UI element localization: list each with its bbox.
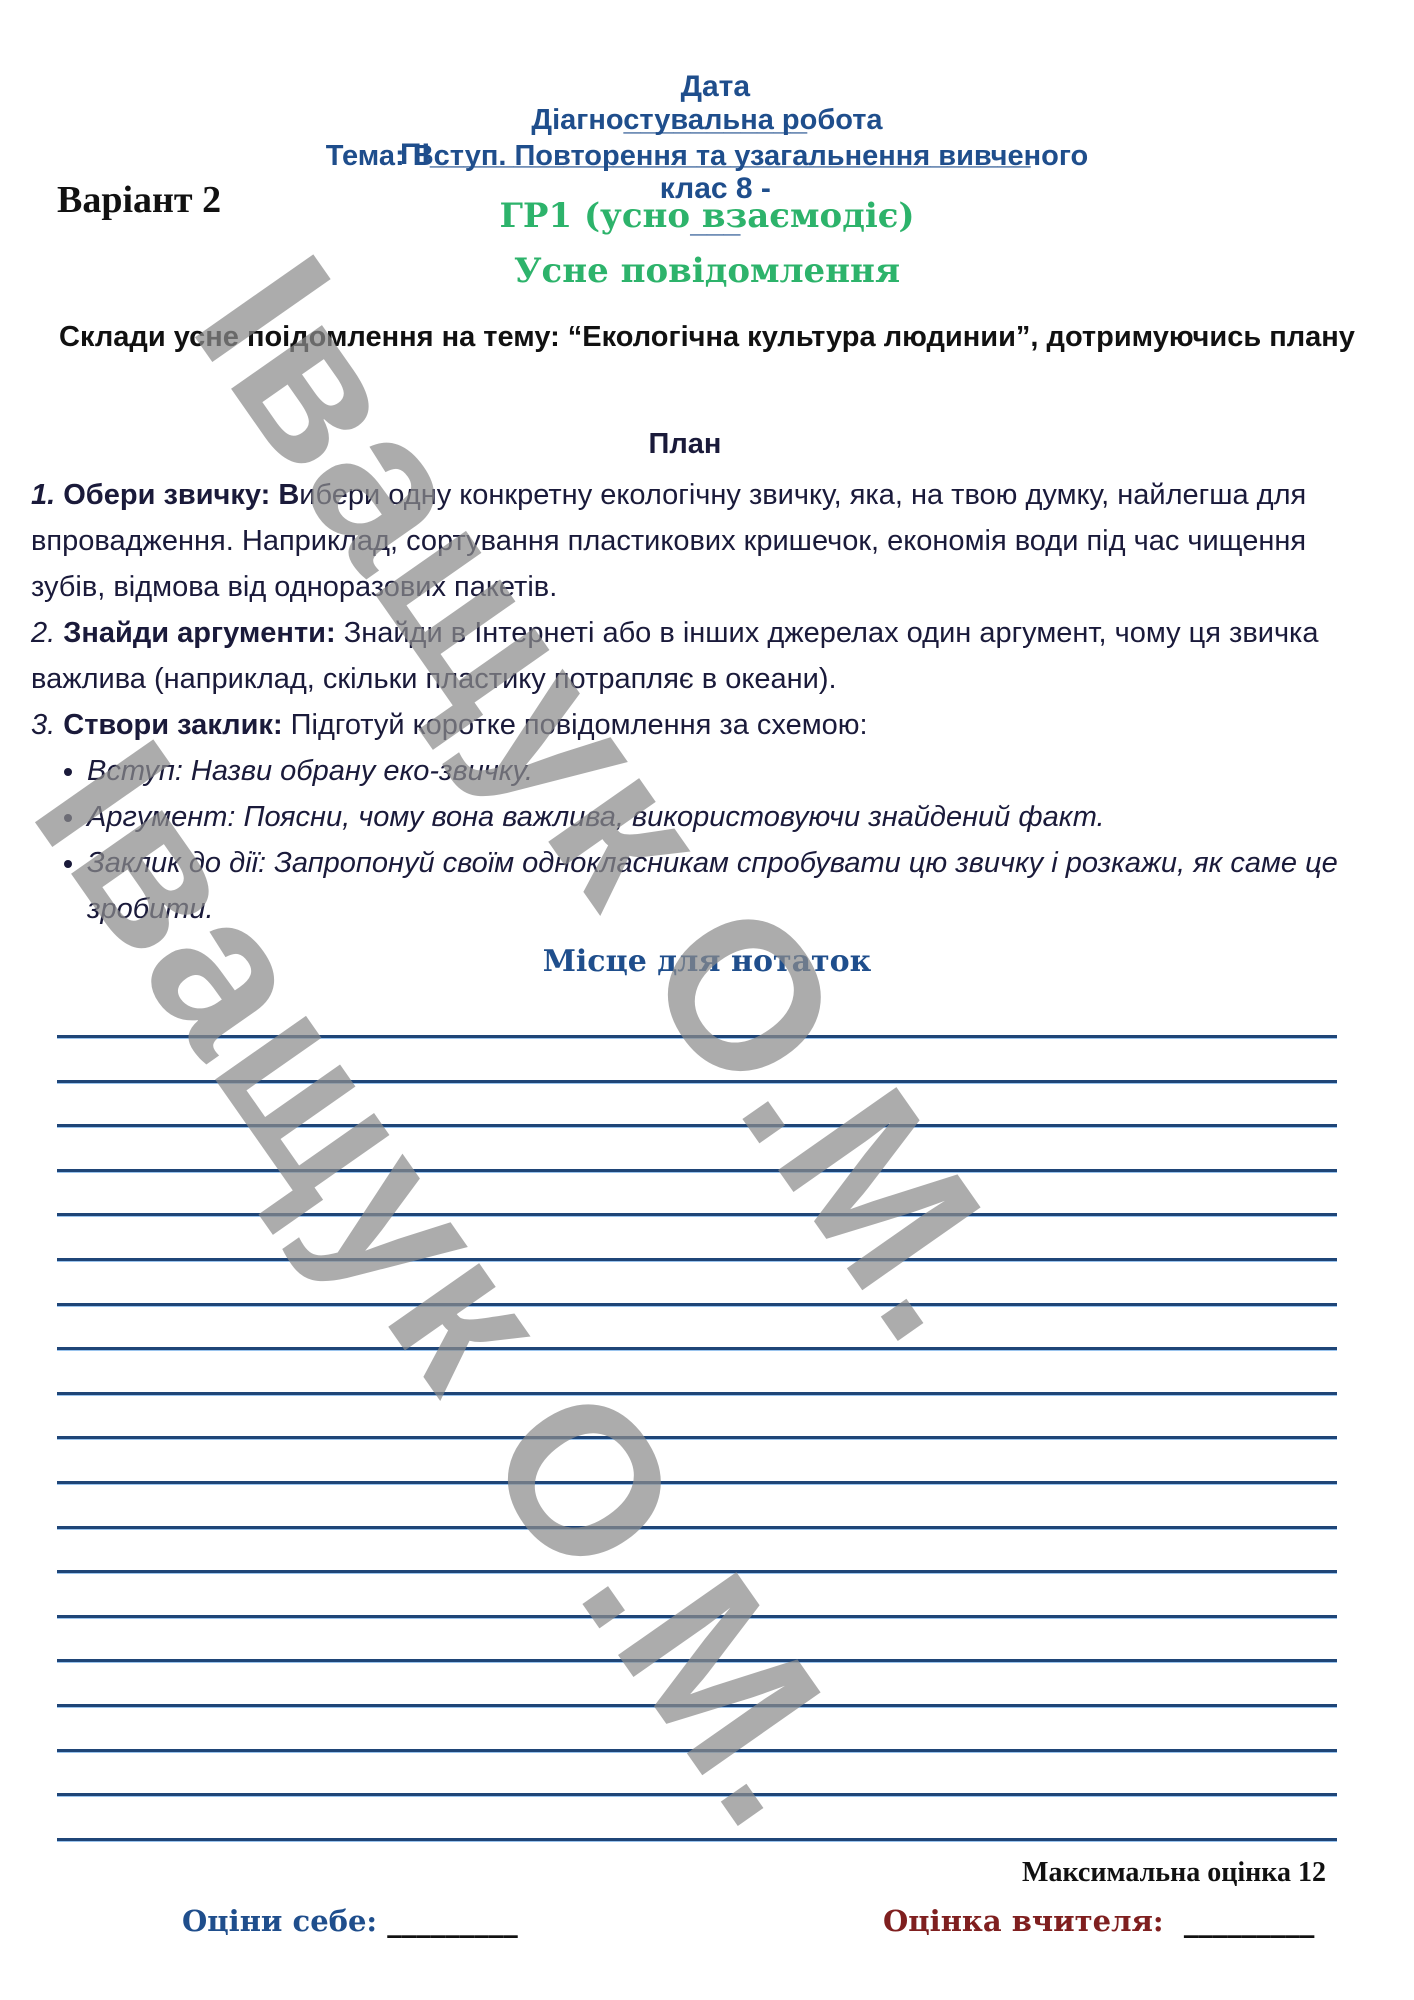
note-line[interactable] — [57, 1213, 1337, 1217]
teacher-assessment-label: Оцінка вчителя: — [883, 1904, 1164, 1938]
plan-item: 3. Створи заклик: Підготуй коротке повід… — [31, 702, 1371, 748]
note-line[interactable] — [57, 1347, 1337, 1351]
document-topic: Тема: Вступ. Повторення та узагальнення … — [0, 140, 1414, 173]
teacher-assessment-field[interactable]: _________ — [1184, 1904, 1315, 1938]
note-line[interactable] — [57, 1659, 1337, 1663]
max-score: Максимальна оцінка 12 — [1022, 1857, 1326, 1889]
note-line[interactable] — [57, 1258, 1337, 1262]
note-line[interactable] — [57, 1035, 1337, 1039]
bullet-item: Заклик до дії: Запропонуй своїм одноклас… — [87, 840, 1371, 932]
note-line[interactable] — [57, 1303, 1337, 1307]
plan-item-number: 3. — [31, 709, 55, 741]
note-line[interactable] — [57, 1704, 1337, 1708]
bullet-item: Вступ: Назви обрану еко-звичку. — [87, 748, 1371, 794]
plan-item: 1. Обери звичку: Вибери одну конкретну е… — [31, 472, 1371, 610]
note-line[interactable] — [57, 1169, 1337, 1173]
plan-item: 2. Знайди аргументи: Знайди в Інтернеті … — [31, 610, 1371, 702]
self-assessment-field[interactable]: _________ — [387, 1904, 518, 1938]
plan-item-number: 2. — [31, 617, 55, 649]
plan-item-label: Створи заклик: — [63, 709, 282, 741]
scheme-bullets: Вступ: Назви обрану еко-звичку. Аргумент… — [31, 748, 1371, 932]
document-title: Діагностувальна робота — [0, 104, 1414, 137]
plan-list: 1. Обери звичку: Вибери одну конкретну е… — [31, 472, 1371, 932]
plan-item-label: Обери звичку: — [63, 479, 270, 511]
task-instruction: Склади усне поідомлення на тему: “Еколог… — [20, 314, 1394, 360]
self-assessment: Оціни себе: _________ — [182, 1904, 518, 1938]
plan-item-number: 1. — [31, 479, 55, 511]
note-line[interactable] — [57, 1570, 1337, 1574]
bullet-item: Аргумент: Поясни, чому вона важлива, вик… — [87, 794, 1371, 840]
note-line[interactable] — [57, 1080, 1337, 1084]
note-line[interactable] — [57, 1481, 1337, 1485]
plan-item-text: Підготуй коротке повідомлення за схемою: — [283, 709, 868, 741]
teacher-assessment: Оцінка вчителя: _________ — [883, 1904, 1314, 1938]
note-line[interactable] — [57, 1749, 1337, 1753]
section-subtitle: Усне повідомлення — [0, 251, 1414, 291]
note-line[interactable] — [57, 1793, 1337, 1797]
notes-heading: Місце для нотаток — [0, 944, 1414, 979]
note-line[interactable] — [57, 1615, 1337, 1619]
section-code: ГР1 (усно взаємодіє) — [0, 196, 1414, 236]
note-line[interactable] — [57, 1838, 1337, 1842]
note-line[interactable] — [57, 1124, 1337, 1128]
date-label: Дата — [681, 70, 750, 103]
plan-heading: План — [0, 428, 1370, 461]
plan-item-label: Знайди аргументи: — [63, 617, 335, 649]
note-line[interactable] — [57, 1392, 1337, 1396]
self-assessment-label: Оціни себе: — [182, 1904, 377, 1938]
note-line[interactable] — [57, 1526, 1337, 1530]
note-line[interactable] — [57, 1436, 1337, 1440]
